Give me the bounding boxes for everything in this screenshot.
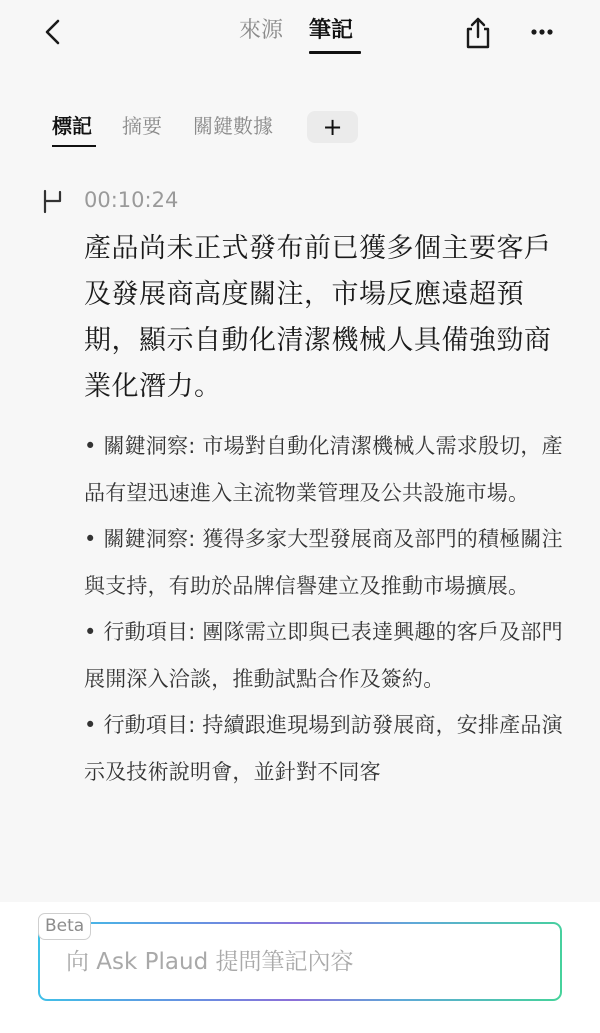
- top-nav-bar: 來源 筆記: [0, 0, 600, 70]
- bullet-item: • 關鍵洞察: 市場對自動化清潔機械人需求殷切，產品有望迅速進入主流物業管理及公…: [84, 423, 564, 516]
- ask-panel: Beta: [0, 902, 600, 1033]
- marker-note-content: 產品尚未正式發布前已獲多個主要客戶及發展商高度關注，市場反應遠超預期，顯示自動化…: [84, 226, 564, 902]
- segment-notes[interactable]: 筆記: [309, 14, 353, 48]
- bullet-item: • 關鍵洞察: 獲得多家大型發展商及部門的積極關注與支持，有助於品牌信譽建立及推…: [84, 516, 564, 609]
- marker-headline: 產品尚未正式發布前已獲多個主要客戶及發展商高度關注，市場反應遠超預期，顯示自動化…: [84, 226, 564, 410]
- more-horizontal-icon: [525, 18, 559, 46]
- ask-input-container: [38, 922, 562, 1001]
- bullet-item: • 行動項目: 團隊需立即與已表達興趣的客戶及部門展開深入洽談，推動試點合作及簽…: [84, 609, 564, 702]
- notes-tabs: 標記 摘要 關鍵數據 +: [0, 108, 600, 152]
- tab-markers[interactable]: 標記: [52, 112, 92, 140]
- segment-source[interactable]: 來源: [239, 14, 283, 48]
- ask-plaud-input[interactable]: [66, 944, 526, 980]
- bullet-list: • 關鍵洞察: 市場對自動化清潔機械人需求殷切，產品有望迅速進入主流物業管理及公…: [84, 423, 564, 795]
- bullet-item: • 行動項目: 持續跟進現場到訪發展商，安排產品演示及技術說明會，並針對不同客: [84, 702, 564, 795]
- ask-input-inner: [40, 924, 560, 999]
- source-notes-switcher: 來源 筆記: [0, 14, 600, 58]
- notes-page: 來源 筆記 標記 摘要 關鍵數據 +: [0, 0, 600, 1033]
- add-tab-button[interactable]: +: [307, 111, 358, 143]
- tab-active-indicator: [52, 145, 96, 147]
- share-button[interactable]: [463, 16, 493, 50]
- plus-icon: +: [307, 111, 358, 143]
- marker-timestamp[interactable]: 00:10:24: [84, 185, 178, 215]
- share-icon: [463, 16, 493, 50]
- flag-icon: [40, 188, 68, 214]
- beta-badge: Beta: [38, 913, 91, 940]
- segment-active-indicator: [309, 51, 361, 54]
- tab-key-data[interactable]: 關鍵數據: [193, 112, 273, 140]
- more-options-button[interactable]: [525, 18, 559, 46]
- tab-summary[interactable]: 摘要: [122, 112, 162, 140]
